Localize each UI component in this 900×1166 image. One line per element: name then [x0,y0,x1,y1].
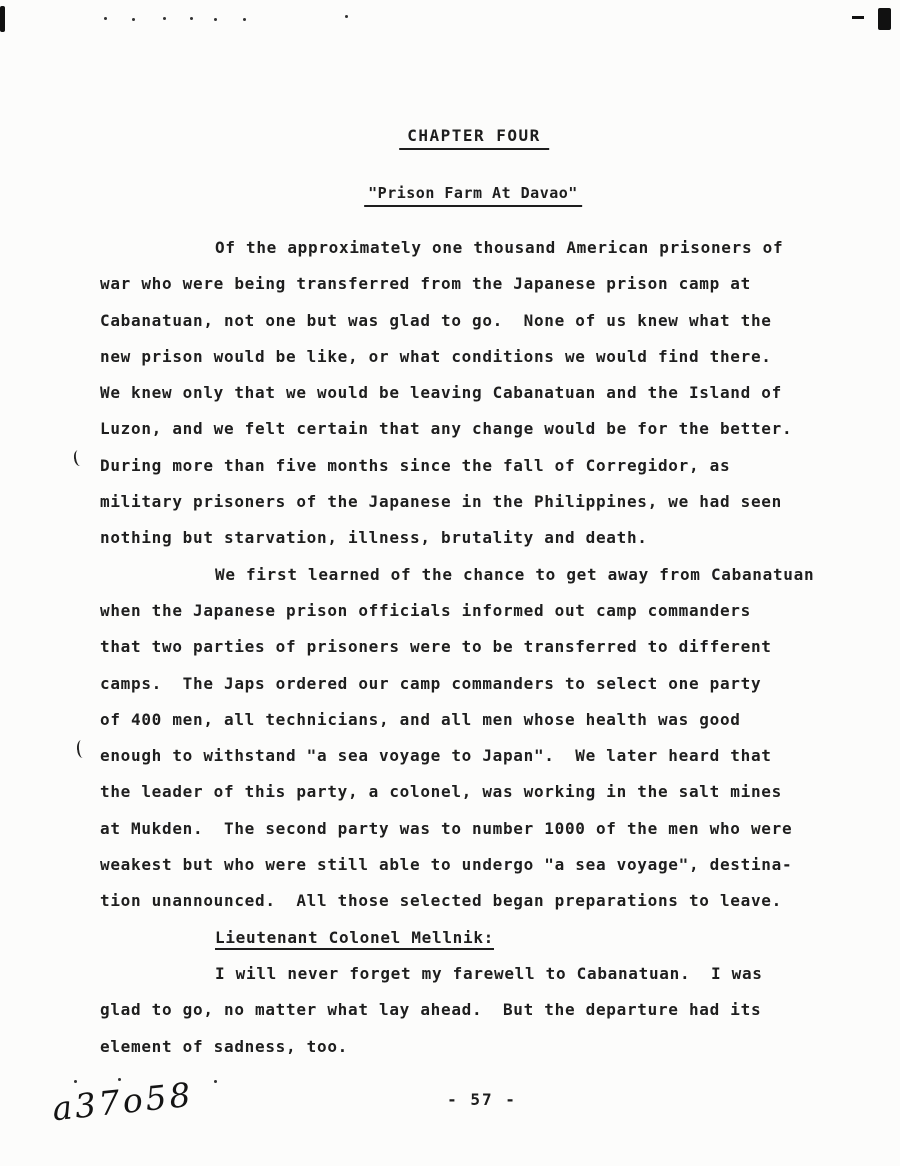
text-line: Cabanatuan, not one but was glad to go. … [100,303,820,339]
scan-speck [214,18,217,21]
text-line: war who were being transferred from the … [100,266,820,302]
text-line: the leader of this party, a colonel, was… [100,774,820,810]
text-line: I will never forget my farewell to Caban… [100,956,820,992]
text-line: nothing but starvation, illness, brutali… [100,520,820,556]
chapter-heading: CHAPTER FOUR [399,126,549,150]
text-line: Of the approximately one thousand Americ… [100,230,820,266]
text-line: new prison would be like, or what condit… [100,339,820,375]
text-line: tion unannounced. All those selected beg… [100,883,820,919]
section-heading: Lieutenant Colonel Mellnik: [100,920,820,956]
scan-speck [163,17,166,20]
text-line: We first learned of the chance to get aw… [100,557,820,593]
scan-artifact-top-left [0,6,5,32]
scan-artifact-dash [852,16,864,19]
document-body: Of the approximately one thousand Americ… [100,230,820,1065]
section-heading-text: Lieutenant Colonel Mellnik: [215,928,494,950]
page-title: "Prison Farm At Davao" [364,184,582,207]
text-line: that two parties of prisoners were to be… [100,629,820,665]
page-number: - 57 - [447,1090,517,1109]
text-line: During more than five months since the f… [100,448,820,484]
text-line: weakest but who were still able to under… [100,847,820,883]
text-line: glad to go, no matter what lay ahead. Bu… [100,992,820,1028]
text-line: Luzon, and we felt certain that any chan… [100,411,820,447]
scan-speck [118,1078,121,1081]
text-line: when the Japanese prison officials infor… [100,593,820,629]
scan-speck [190,17,193,20]
text-line: at Mukden. The second party was to numbe… [100,811,820,847]
scan-speck [74,1080,77,1083]
margin-mark [76,740,88,759]
scan-artifact-top-right [878,8,891,30]
margin-mark [73,449,85,466]
scan-speck [243,18,246,21]
text-line: camps. The Japs ordered our camp command… [100,666,820,702]
text-line: military prisoners of the Japanese in th… [100,484,820,520]
text-line: enough to withstand "a sea voyage to Jap… [100,738,820,774]
scan-speck [214,1080,217,1083]
document-page: CHAPTER FOUR "Prison Farm At Davao" Of t… [0,0,900,1166]
text-line: We knew only that we would be leaving Ca… [100,375,820,411]
handwritten-annotation: a37o58 [50,1075,195,1129]
text-line: of 400 men, all technicians, and all men… [100,702,820,738]
text-line: element of sadness, too. [100,1029,820,1065]
scan-speck [345,15,348,18]
scan-speck [104,17,107,20]
scan-speck [132,18,135,21]
